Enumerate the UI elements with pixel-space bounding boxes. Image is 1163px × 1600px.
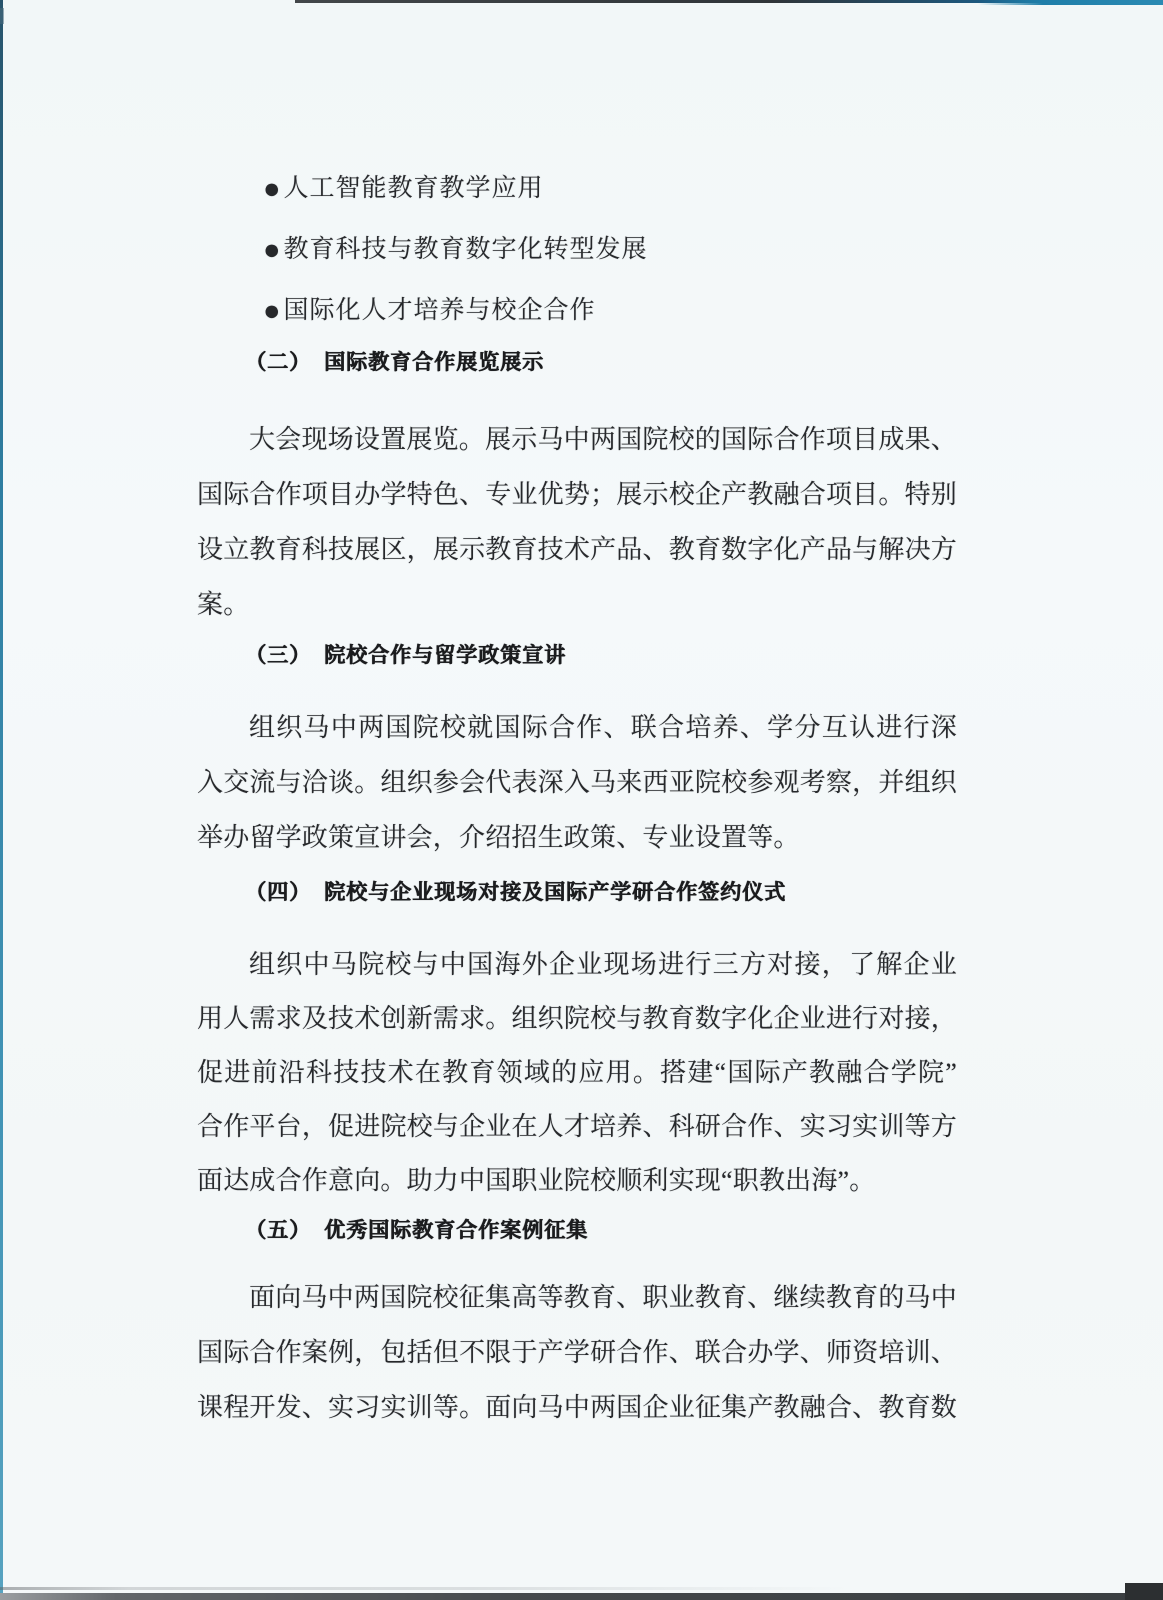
scanned-document-page: ●人工智能教育教学应用 ●教育科技与教育数字化转型发展 ●国际化人才培养与校企合… bbox=[0, 0, 1163, 1600]
bullet-item: ●国际化人才培养与校企合作 bbox=[197, 280, 957, 341]
body-line: 促进前沿科技技术在教育领域的应用。搭建“国际产教融合学院” bbox=[197, 1046, 957, 1100]
body-line: 国际合作案例，包括但不限于产学研合作、联合办学、师资培训、 bbox=[197, 1325, 957, 1380]
section-title: 国际教育合作展览展示 bbox=[324, 351, 544, 374]
body-line: 组织马中两国院校就国际合作、联合培养、学分互认进行深 bbox=[197, 700, 957, 755]
section-body-3: 组织马中两国院校就国际合作、联合培养、学分互认进行深 入交流与洽谈。组织参会代表… bbox=[197, 700, 957, 865]
body-line: 合作平台，促进院校与企业在人才培养、科研合作、实习实训等方 bbox=[197, 1100, 957, 1154]
body-line: 用人需求及技术创新需求。组织院校与教育数字化企业进行对接， bbox=[197, 992, 957, 1046]
body-line: 大会现场设置展览。展示马中两国院校的国际合作项目成果、 bbox=[197, 412, 957, 467]
bullet-icon: ● bbox=[263, 173, 282, 205]
section-title: 优秀国际教育合作案例征集 bbox=[324, 1219, 588, 1242]
section-heading-2: （二）国际教育合作展览展示 bbox=[245, 348, 544, 378]
section-title: 院校合作与留学政策宣讲 bbox=[324, 644, 566, 667]
section-title: 院校与企业现场对接及国际产学研合作签约仪式 bbox=[324, 881, 786, 904]
bullet-item: ●教育科技与教育数字化转型发展 bbox=[197, 219, 957, 280]
scan-edge-left bbox=[0, 0, 3, 1600]
body-line: 设立教育科技展区，展示教育技术产品、教育数字化产品与解决方 bbox=[197, 522, 957, 577]
section-number: （三） bbox=[245, 644, 311, 667]
section-heading-4: （四）院校与企业现场对接及国际产学研合作签约仪式 bbox=[245, 878, 786, 908]
section-number: （二） bbox=[245, 351, 311, 374]
section-heading-5: （五）优秀国际教育合作案例征集 bbox=[245, 1216, 588, 1246]
section-body-4: 组织中马院校与中国海外企业现场进行三方对接，了解企业 用人需求及技术创新需求。组… bbox=[197, 938, 957, 1208]
bullet-list: ●人工智能教育教学应用 ●教育科技与教育数字化转型发展 ●国际化人才培养与校企合… bbox=[197, 158, 957, 341]
bullet-icon: ● bbox=[263, 234, 282, 266]
body-line: 面达成合作意向。助力中国职业院校顺利实现“职教出海”。 bbox=[197, 1154, 957, 1208]
bullet-text: 人工智能教育教学应用 bbox=[284, 175, 544, 202]
bullet-icon: ● bbox=[263, 295, 282, 327]
body-line: 面向马中两国院校征集高等教育、职业教育、继续教育的马中 bbox=[197, 1270, 957, 1325]
body-line: 案。 bbox=[197, 577, 957, 632]
section-number: （四） bbox=[245, 881, 311, 904]
body-line: 组织中马院校与中国海外企业现场进行三方对接，了解企业 bbox=[197, 938, 957, 992]
bullet-text: 教育科技与教育数字化转型发展 bbox=[284, 236, 648, 263]
section-heading-3: （三）院校合作与留学政策宣讲 bbox=[245, 641, 566, 671]
section-number: （五） bbox=[245, 1219, 311, 1242]
body-line: 课程开发、实习实训等。面向马中两国企业征集产教融合、教育数 bbox=[197, 1380, 957, 1435]
section-body-2: 大会现场设置展览。展示马中两国院校的国际合作项目成果、 国际合作项目办学特色、专… bbox=[197, 412, 957, 632]
bullet-item: ●人工智能教育教学应用 bbox=[197, 158, 957, 219]
scan-corner-bottom-right bbox=[1125, 1583, 1163, 1600]
bullet-text: 国际化人才培养与校企合作 bbox=[284, 297, 596, 324]
scan-mark-top-left bbox=[0, 8, 4, 24]
body-line: 举办留学政策宣讲会，介绍招生政策、专业设置等。 bbox=[197, 810, 957, 865]
body-line: 入交流与洽谈。组织参会代表深入马来西亚院校参观考察，并组织 bbox=[197, 755, 957, 810]
section-body-5: 面向马中两国院校征集高等教育、职业教育、继续教育的马中 国际合作案例，包括但不限… bbox=[197, 1270, 957, 1435]
body-line: 国际合作项目办学特色、专业优势；展示校企产教融合项目。特别 bbox=[197, 467, 957, 522]
document-content: ●人工智能教育教学应用 ●教育科技与教育数字化转型发展 ●国际化人才培养与校企合… bbox=[197, 0, 957, 1600]
scan-edge-top-teal bbox=[978, 0, 1163, 5]
